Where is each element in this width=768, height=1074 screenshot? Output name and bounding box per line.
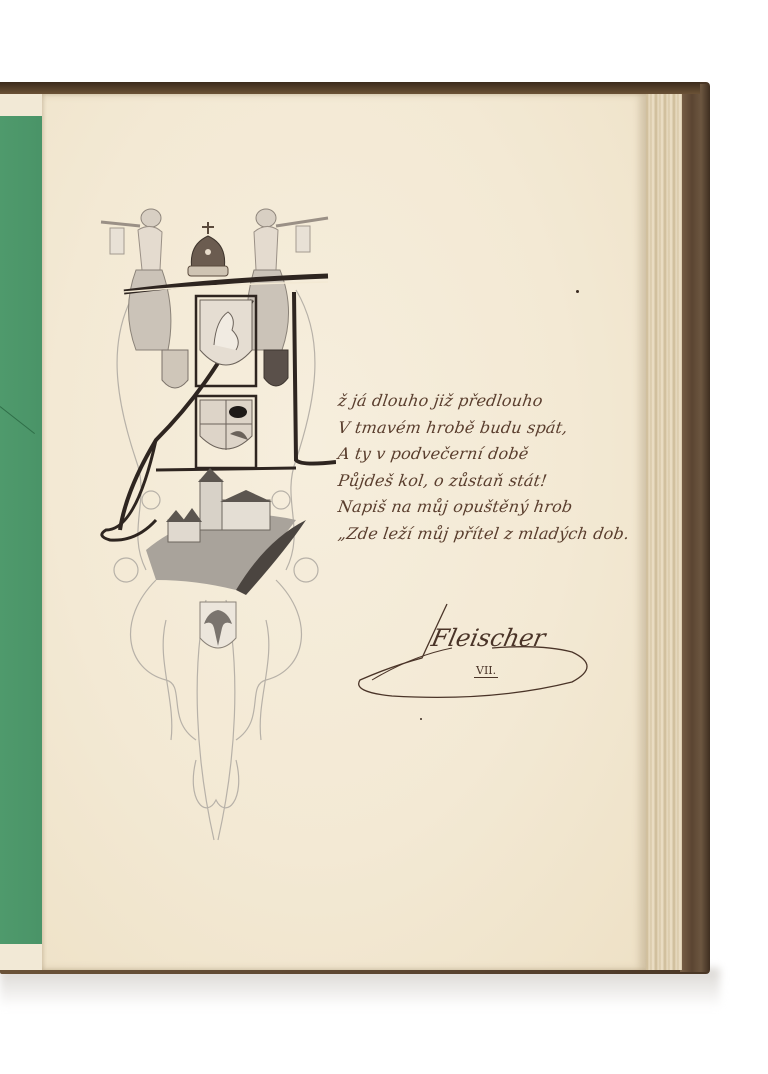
- coat-of-arms-lion-icon: [200, 300, 252, 365]
- poem-line: „Zde leží můj přítel z mladých dob.: [336, 521, 660, 548]
- castle-on-hill-icon: [146, 468, 306, 595]
- handwritten-poem: ž já dlouho již předlouho V tmavém hrobě…: [338, 388, 658, 547]
- paper-speck: [420, 718, 422, 720]
- crown-icon: [188, 222, 228, 276]
- signature-class-mark: VII.: [474, 664, 498, 678]
- paper-speck: [576, 290, 579, 293]
- book-top-edge: [0, 82, 700, 94]
- poem-line: Půjdeš kol, o zůstaň stát!: [336, 468, 660, 495]
- signature: Fleischer VII.: [352, 596, 602, 706]
- poem-line: ž já dlouho již předlouho: [336, 388, 660, 415]
- cherub-left-icon: [101, 209, 171, 350]
- poem-line: V tmavém hrobě budu spát,: [336, 415, 660, 442]
- book-cover-edge: [680, 84, 710, 972]
- coat-of-arms-quartered-icon: [200, 400, 252, 450]
- poem-line: A ty v podvečerní době: [336, 441, 660, 468]
- book-shadow: [0, 968, 720, 1008]
- signature-name: Fleischer: [429, 624, 548, 652]
- poem-line: Napiš na můj opuštěný hrob: [336, 494, 660, 521]
- illuminated-initial: [96, 200, 336, 850]
- eagle-shield-icon: [200, 602, 236, 648]
